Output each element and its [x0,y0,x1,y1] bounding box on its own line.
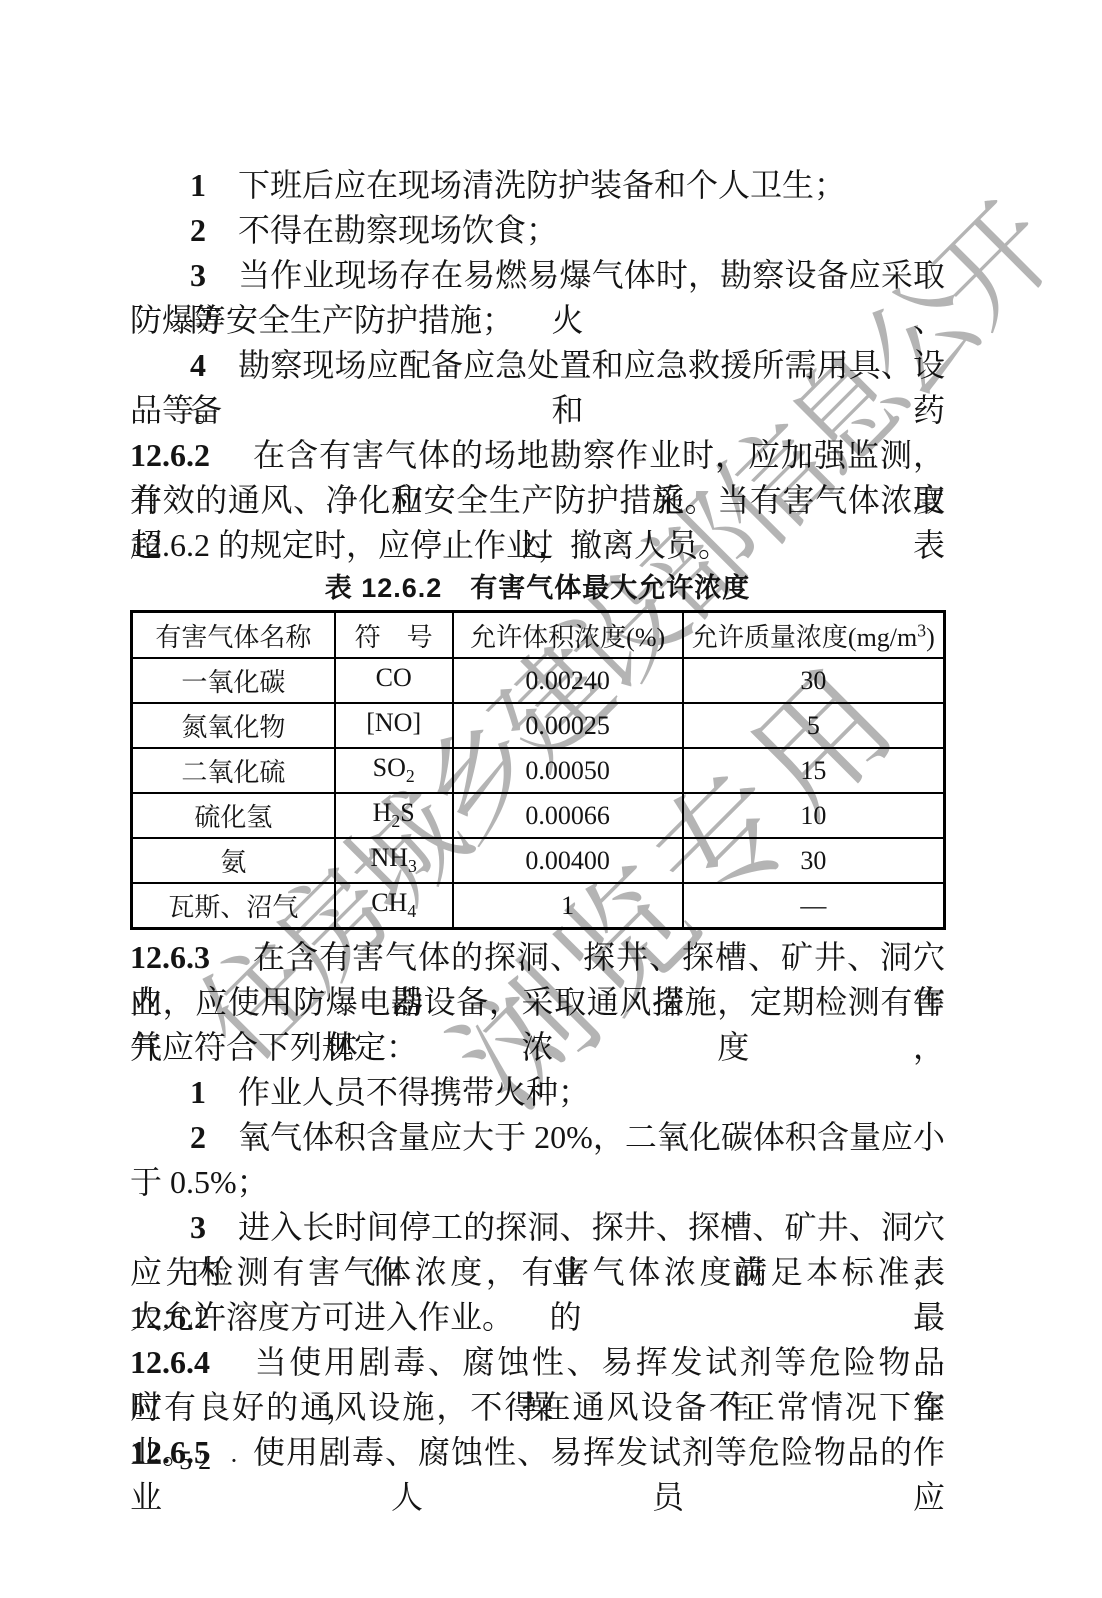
gas-concentration-table: 有害气体名称 符 号 允许体积浓度(%) 允许质量浓度(mg/m3) 一氧化碳 … [130,610,946,930]
clause-text: 12.6.2 的规定时，应停止作业，撤离人员。 [130,527,730,563]
cell-gas-name: 瓦斯、沼气 [132,883,335,929]
cell-volume: 0.00400 [453,838,683,883]
cell-volume: 0.00050 [453,748,683,793]
cell-gas-name: 二氧化硫 [132,748,335,793]
cell-gas-name: 硫化氢 [132,793,335,838]
text-column: 1下班后应在现场清洗防护装备和个人卫生； 2不得在勘察现场饮食； 3当作业现场存… [130,163,945,1475]
cell-symbol: H2S [335,793,453,838]
list-item-4: 4勘察现场应配备应急处置和应急救援所需用具、设备和药 [130,343,945,388]
item-number: 3 [190,1209,206,1245]
page-number: · 52 · [152,1446,244,1476]
item-text: 品等。 [130,392,226,428]
cell-gas-name: 氨 [132,838,335,883]
item-text: 勘察现场应配备应急处置和应急救援所需用具、设备和药 [190,347,945,428]
item-text: 下班后应在现场清洗防护装备和个人卫生； [238,167,846,203]
cell-mass: 30 [683,658,945,703]
cell-mass: 5 [683,703,945,748]
cell-gas-name: 氮氧化物 [132,703,335,748]
item-number: 1 [190,1074,206,1110]
cell-symbol: SO2 [335,748,453,793]
clause-12-6-2-cont: 有效的通风、净化和安全生产防护措施。当有害气体浓度超过表 [130,478,945,523]
list-item-2: 2不得在勘察现场饮食； [130,208,945,253]
cell-mass: 15 [683,748,945,793]
table-row: 一氧化碳 CO 0.00240 30 [132,658,945,703]
cell-volume: 0.00066 [453,793,683,838]
clause-number: 12.6.4 [130,1344,210,1380]
clause-12-6-4-cont: 应有良好的通风设施，不得在通风设备不正常情况下作业。 [130,1385,945,1430]
sub-item-3-cont: 应先检测有害气体浓度，有害气体浓度满足本标准表 12.6.2 的最 [130,1250,945,1295]
item-text: 氧气体积含量应大于 20%，二氧化碳体积含量应小 [238,1119,945,1155]
clause-number: 12.6.2 [130,437,210,473]
document-page: 1下班后应在现场清洗防护装备和个人卫生； 2不得在勘察现场饮食； 3当作业现场存… [0,0,1102,1598]
cell-volume: 0.00025 [453,703,683,748]
header-mass-concentration: 允许质量浓度(mg/m3) [683,612,945,659]
cell-symbol: CH4 [335,883,453,929]
table-header-row: 有害气体名称 符 号 允许体积浓度(%) 允许质量浓度(mg/m3) [132,612,945,659]
table-row: 硫化氢 H2S 0.00066 10 [132,793,945,838]
cell-symbol: [NO] [335,703,453,748]
clause-12-6-2: 12.6.2在含有害气体的场地勘察作业时，应加强监测，并应采取 [130,433,945,478]
item-number: 2 [190,212,206,248]
item-text: 大允许溶度方可进入作业。 [130,1299,514,1335]
item-text: 防爆等安全生产防护措施； [130,302,514,338]
clause-12-6-5: 12.6.5使用剧毒、腐蚀性、易挥发试剂等危险物品的作业人员应 [130,1430,945,1475]
list-item-1: 1下班后应在现场清洗防护装备和个人卫生； [130,163,945,208]
item-number: 1 [190,167,206,203]
table-row: 氨 NH3 0.00400 30 [132,838,945,883]
cell-volume: 0.00240 [453,658,683,703]
cell-symbol: CO [335,658,453,703]
sub-item-1: 1作业人员不得携带火种； [130,1070,945,1115]
item-text: 于 0.5%； [130,1164,269,1200]
clause-number: 12.6.3 [130,939,210,975]
header-symbol: 符 号 [335,612,453,659]
cell-mass: — [683,883,945,929]
table-caption: 表 12.6.2 有害气体最大允许浓度 [130,568,945,610]
sub-item-3: 3进入长时间停工的探洞、探井、探槽、矿井、洞穴内作业前， [130,1205,945,1250]
clause-12-6-4: 12.6.4当使用剧毒、腐蚀性、易挥发试剂等危险物品时，操作室 [130,1340,945,1385]
clause-text: 使用剧毒、腐蚀性、易挥发试剂等危险物品的作业人员应 [130,1434,945,1515]
item-number: 2 [190,1119,206,1155]
item-text: 不得在勘察现场饮食； [238,212,558,248]
cell-symbol: NH3 [335,838,453,883]
cell-mass: 30 [683,838,945,883]
item-text: 作业人员不得携带火种； [238,1074,590,1110]
table-row: 二氧化硫 SO2 0.00050 15 [132,748,945,793]
header-volume-concentration: 允许体积浓度(%) [453,612,683,659]
clause-12-6-3-cont: 业，应使用防爆电器设备，采取通风措施，定期检测有害气体浓度， [130,980,945,1025]
table-row: 瓦斯、沼气 CH4 1 — [132,883,945,929]
cell-gas-name: 一氧化碳 [132,658,335,703]
sub-item-2: 2氧气体积含量应大于 20%，二氧化碳体积含量应小 [130,1115,945,1160]
cell-mass: 10 [683,793,945,838]
list-item-3: 3当作业现场存在易燃易爆气体时，勘察设备应采取防火、 [130,253,945,298]
item-number: 4 [190,347,206,383]
clause-12-6-3: 12.6.3在含有害气体的探洞、探井、探槽、矿井、洞穴内勘探作 [130,935,945,980]
header-gas-name: 有害气体名称 [132,612,335,659]
table-row: 氮氧化物 [NO] 0.00025 5 [132,703,945,748]
clause-text: 并应符合下列规定： [130,1029,418,1065]
item-number: 3 [190,257,206,293]
cell-volume: 1 [453,883,683,929]
sub-item-2-cont: 于 0.5%； [130,1160,945,1205]
